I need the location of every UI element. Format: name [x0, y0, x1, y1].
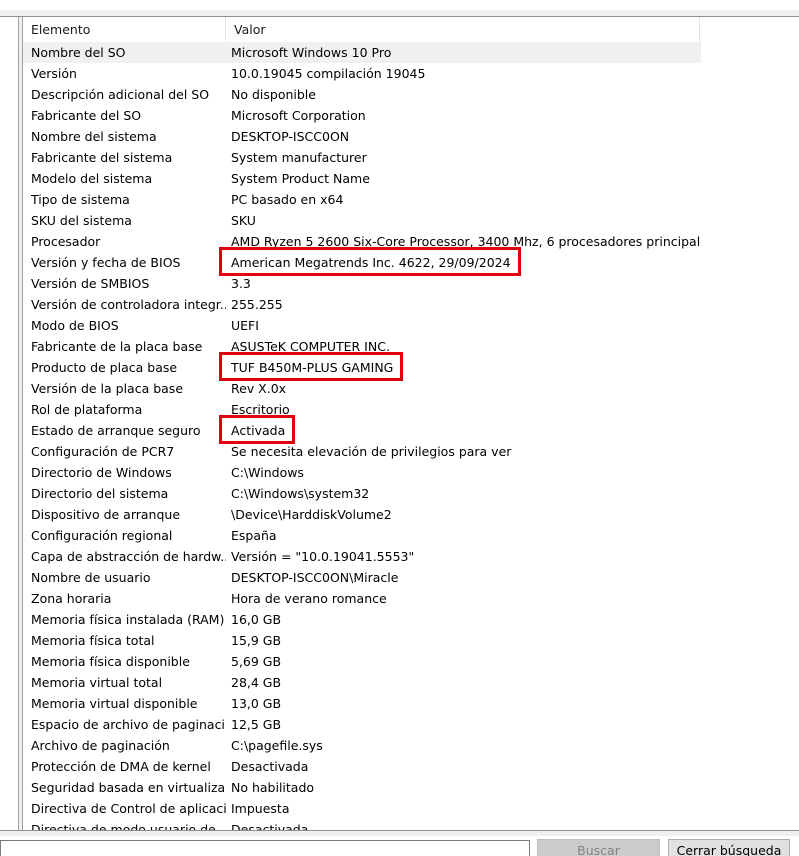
item-name: Memoria virtual total [31, 672, 226, 693]
item-value: System Product Name [231, 168, 701, 189]
table-row[interactable]: Versión y fecha de BIOSAmerican Megatren… [23, 252, 799, 273]
item-name: Archivo de paginación [31, 735, 226, 756]
item-value: American Megatrends Inc. 4622, 29/09/202… [231, 252, 701, 273]
item-name: Configuración regional [31, 525, 226, 546]
table-row[interactable]: Versión de la placa baseRev X.0x [23, 378, 799, 399]
table-row[interactable]: Espacio de archivo de paginaci...12,5 GB [23, 714, 799, 735]
item-value: PC basado en x64 [231, 189, 701, 210]
column-header-valor[interactable]: Valor [226, 17, 700, 41]
table-row[interactable]: Versión de SMBIOS3.3 [23, 273, 799, 294]
item-value: 13,0 GB [231, 693, 701, 714]
table-row[interactable]: Directorio de WindowsC:\Windows [23, 462, 799, 483]
item-name: Nombre del sistema [31, 126, 226, 147]
table-row[interactable]: Modo de BIOSUEFI [23, 315, 799, 336]
table-row[interactable]: Configuración regionalEspaña [23, 525, 799, 546]
item-value: UEFI [231, 315, 701, 336]
item-name: Tipo de sistema [31, 189, 226, 210]
item-name: Memoria física instalada (RAM) [31, 609, 226, 630]
table-row[interactable]: ProcesadorAMD Ryzen 5 2600 Six-Core Proc… [23, 231, 799, 252]
item-value: DESKTOP-ISCC0ON\Miracle [231, 567, 701, 588]
search-button[interactable]: Buscar [537, 839, 660, 856]
item-value: 3.3 [231, 273, 701, 294]
item-value: \Device\HarddiskVolume2 [231, 504, 701, 525]
search-panel: Buscar Cerrar búsqueda [0, 836, 799, 856]
item-value: 255.255 [231, 294, 701, 315]
table-row[interactable]: Memoria virtual disponible13,0 GB [23, 693, 799, 714]
table-row[interactable]: Memoria física total15,9 GB [23, 630, 799, 651]
item-name: Memoria física disponible [31, 651, 226, 672]
item-value: 16,0 GB [231, 609, 701, 630]
item-name: SKU del sistema [31, 210, 226, 231]
table-row[interactable]: Directorio del sistemaC:\Windows\system3… [23, 483, 799, 504]
table-row[interactable]: Rol de plataformaEscritorio [23, 399, 799, 420]
search-input[interactable] [0, 840, 530, 856]
item-name: Seguridad basada en virtualiza... [31, 777, 226, 798]
item-value: Rev X.0x [231, 378, 701, 399]
item-name: Directorio de Windows [31, 462, 226, 483]
item-value: Hora de verano romance [231, 588, 701, 609]
item-name: Fabricante del sistema [31, 147, 226, 168]
item-value: TUF B450M-PLUS GAMING [231, 357, 701, 378]
item-name: Rol de plataforma [31, 399, 226, 420]
item-name: Directiva de modo usuario de... [31, 819, 226, 830]
item-value: No disponible [231, 84, 701, 105]
item-name: Nombre del SO [31, 42, 226, 63]
item-value: Microsoft Corporation [231, 105, 701, 126]
close-search-button[interactable]: Cerrar búsqueda [668, 839, 790, 856]
item-name: Memoria virtual disponible [31, 693, 226, 714]
item-value: Activada [231, 420, 701, 441]
table-row[interactable]: Archivo de paginaciónC:\pagefile.sys [23, 735, 799, 756]
table-row[interactable]: Estado de arranque seguroActivada [23, 420, 799, 441]
item-value: SKU [231, 210, 701, 231]
table-row[interactable]: Capa de abstracción de hardw...Versión =… [23, 546, 799, 567]
item-value: 5,69 GB [231, 651, 701, 672]
item-value: ASUSTeK COMPUTER INC. [231, 336, 701, 357]
item-value: No habilitado [231, 777, 701, 798]
table-row[interactable]: Tipo de sistemaPC basado en x64 [23, 189, 799, 210]
table-row[interactable]: Directiva de modo usuario de...Desactiva… [23, 819, 799, 830]
table-row[interactable]: Descripción adicional del SONo disponibl… [23, 84, 799, 105]
item-value: Desactivada [231, 756, 701, 777]
table-row[interactable]: Versión de controladora integr...255.255 [23, 294, 799, 315]
item-name: Producto de placa base [31, 357, 226, 378]
item-value: 28,4 GB [231, 672, 701, 693]
item-name: Procesador [31, 231, 226, 252]
table-row[interactable]: Fabricante del SOMicrosoft Corporation [23, 105, 799, 126]
item-value: 15,9 GB [231, 630, 701, 651]
item-name: Modo de BIOS [31, 315, 226, 336]
item-name: Dispositivo de arranque [31, 504, 226, 525]
table-row[interactable]: Nombre del SOMicrosoft Windows 10 Pro [23, 42, 799, 63]
item-value: Desactivada [231, 819, 701, 830]
item-name: Nombre de usuario [31, 567, 226, 588]
table-row[interactable]: Nombre de usuarioDESKTOP-ISCC0ON\Miracle [23, 567, 799, 588]
item-value: C:\Windows [231, 462, 701, 483]
item-value: Microsoft Windows 10 Pro [231, 42, 701, 63]
column-header-elemento[interactable]: Elemento [23, 17, 226, 41]
item-value: AMD Ryzen 5 2600 Six-Core Processor, 340… [231, 231, 701, 252]
item-name: Directorio del sistema [31, 483, 226, 504]
item-name: Versión de controladora integr... [31, 294, 226, 315]
table-row[interactable]: Nombre del sistemaDESKTOP-ISCC0ON [23, 126, 799, 147]
item-name: Protección de DMA de kernel [31, 756, 226, 777]
item-name: Versión de la placa base [31, 378, 226, 399]
table-row[interactable]: Memoria física disponible5,69 GB [23, 651, 799, 672]
item-value: 10.0.19045 compilación 19045 [231, 63, 701, 84]
top-area [0, 0, 799, 10]
item-name: Modelo del sistema [31, 168, 226, 189]
table-row[interactable]: Configuración de PCR7Se necesita elevaci… [23, 441, 799, 462]
item-name: Capa de abstracción de hardw... [31, 546, 226, 567]
table-row[interactable]: Modelo del sistemaSystem Product Name [23, 168, 799, 189]
item-value: System manufacturer [231, 147, 701, 168]
list-rows: Nombre del SOMicrosoft Windows 10 ProVer… [23, 42, 799, 830]
item-value: Se necesita elevación de privilegios par… [231, 441, 701, 462]
table-row[interactable]: Fabricante de la placa baseASUSTeK COMPU… [23, 336, 799, 357]
system-summary-list[interactable]: Elemento Valor Nombre del SOMicrosoft Wi… [22, 17, 799, 830]
item-name: Versión y fecha de BIOS [31, 252, 226, 273]
horizontal-splitter-top[interactable] [0, 10, 799, 17]
item-name: Versión de SMBIOS [31, 273, 226, 294]
item-name: Espacio de archivo de paginaci... [31, 714, 226, 735]
table-row[interactable]: Producto de placa baseTUF B450M-PLUS GAM… [23, 357, 799, 378]
table-row[interactable]: Memoria virtual total28,4 GB [23, 672, 799, 693]
item-value: Impuesta [231, 798, 701, 819]
table-row[interactable]: Directiva de Control de aplicaci...Impue… [23, 798, 799, 819]
item-name: Versión [31, 63, 226, 84]
table-row[interactable]: SKU del sistemaSKU [23, 210, 799, 231]
table-row[interactable]: Fabricante del sistemaSystem manufacture… [23, 147, 799, 168]
item-value: Versión = "10.0.19041.5553" [231, 546, 701, 567]
table-row[interactable]: Versión10.0.19045 compilación 19045 [23, 63, 799, 84]
item-name: Descripción adicional del SO [31, 84, 226, 105]
list-header: Elemento Valor [23, 17, 700, 41]
item-name: Zona horaria [31, 588, 226, 609]
table-row[interactable]: Memoria física instalada (RAM)16,0 GB [23, 609, 799, 630]
table-row[interactable]: Dispositivo de arranque\Device\HarddiskV… [23, 504, 799, 525]
item-value: España [231, 525, 701, 546]
item-name: Directiva de Control de aplicaci... [31, 798, 226, 819]
item-name: Memoria física total [31, 630, 226, 651]
table-row[interactable]: Protección de DMA de kernelDesactivada [23, 756, 799, 777]
table-row[interactable]: Zona horariaHora de verano romance [23, 588, 799, 609]
item-name: Fabricante del SO [31, 105, 226, 126]
item-name: Estado de arranque seguro [31, 420, 226, 441]
item-value: 12,5 GB [231, 714, 701, 735]
item-name: Configuración de PCR7 [31, 441, 226, 462]
item-value: DESKTOP-ISCC0ON [231, 126, 701, 147]
item-value: C:\Windows\system32 [231, 483, 701, 504]
item-value: C:\pagefile.sys [231, 735, 701, 756]
item-name: Fabricante de la placa base [31, 336, 226, 357]
category-tree-pane[interactable] [0, 17, 19, 830]
item-value: Escritorio [231, 399, 701, 420]
table-row[interactable]: Seguridad basada en virtualiza...No habi… [23, 777, 799, 798]
